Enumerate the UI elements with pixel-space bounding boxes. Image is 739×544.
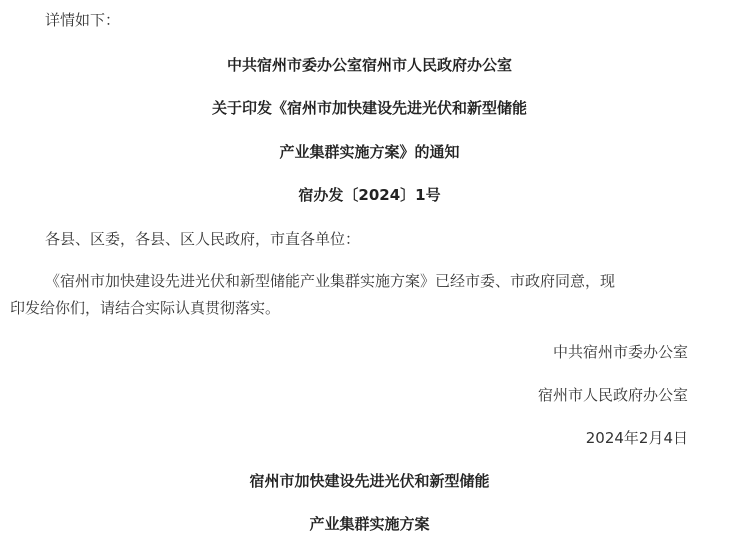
issuer-heading: 中共宿州市委办公室宿州市人民政府办公室 bbox=[0, 55, 739, 75]
body-paragraph-line-2: 印发给你们，请结合实际认真贯彻落实。 bbox=[10, 298, 280, 318]
signature-date: 2024年2月4日 bbox=[586, 428, 688, 448]
signature-org-1: 中共宿州市委办公室 bbox=[553, 342, 688, 362]
document-number: 宿办发〔2024〕1号 bbox=[0, 185, 739, 205]
notice-title-line-1: 关于印发《宿州市加快建设先进光伏和新型储能 bbox=[0, 98, 739, 118]
document-page: 详情如下： 中共宿州市委办公室宿州市人民政府办公室 关于印发《宿州市加快建设先进… bbox=[0, 0, 739, 544]
plan-title-line-1: 宿州市加快建设先进光伏和新型储能 bbox=[0, 471, 739, 491]
notice-title-line-2: 产业集群实施方案》的通知 bbox=[0, 142, 739, 162]
plan-title-line-2: 产业集群实施方案 bbox=[0, 514, 739, 534]
intro-text: 详情如下： bbox=[45, 10, 120, 30]
body-paragraph-line-1: 《宿州市加快建设先进光伏和新型储能产业集群实施方案》已经市委、市政府同意，现 bbox=[45, 271, 615, 291]
salutation: 各县、区委，各县、区人民政府，市直各单位： bbox=[45, 229, 360, 249]
signature-org-2: 宿州市人民政府办公室 bbox=[538, 385, 688, 405]
